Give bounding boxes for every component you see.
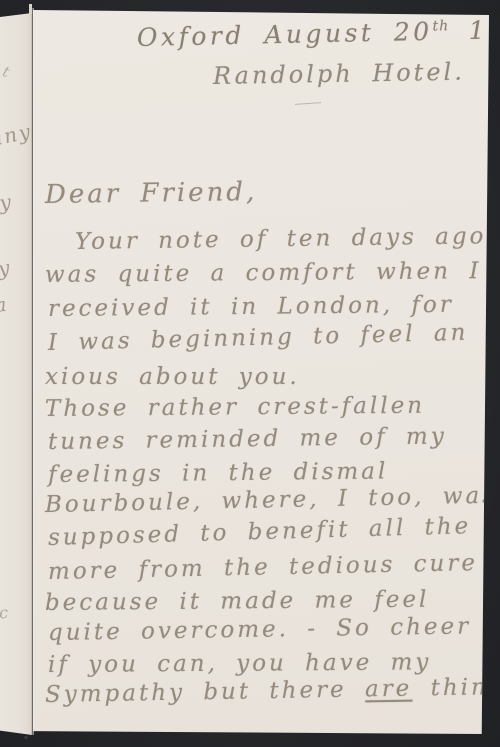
letter-line: Those rather crest-fallen — [45, 393, 425, 422]
letter-line: supposed to benefit all the — [48, 513, 472, 551]
photo-background: t any ry y ia c Oxford August 20th 1894.… — [0, 0, 500, 747]
handwriting-fragment: ry — [0, 189, 14, 216]
letter-line: feelings in the dismal — [48, 458, 389, 488]
year: 1894. — [449, 14, 489, 45]
letter-line: was quite a comfort when I — [45, 258, 482, 288]
letter-line: Bourboule, where, I too, was — [45, 483, 489, 518]
handwriting-fragment: ia — [0, 294, 10, 319]
handwriting-fragment: any — [0, 119, 32, 151]
letter-line: tunes reminded me of my — [48, 423, 447, 455]
adjacent-page-edge: t any ry y ia c — [0, 13, 32, 735]
letter-dateline: Oxford August 20th 1894. — [137, 14, 489, 52]
page-fold-crease — [31, 8, 34, 735]
underlined-word: are — [365, 676, 413, 703]
handwriting-fragment: t — [0, 62, 14, 82]
paper-speck — [24, 736, 28, 739]
letter-line: Sympathy but there are things — [45, 674, 489, 708]
letter-line: more from the tedious cure — [48, 550, 478, 585]
salutation: Dear Friend, — [45, 177, 258, 210]
letter-line: because it made me feel — [45, 587, 430, 616]
date-ordinal-suffix: th — [432, 18, 449, 34]
handwriting-fragment: c — [0, 603, 11, 623]
last-line-prefix: Sympathy but there — [45, 676, 365, 708]
letter-line: quite overcome. - So cheer up — [48, 613, 489, 646]
letter-line: I was beginning to feel an — [48, 320, 469, 356]
letter-line: Your note of ten days ago — [75, 223, 487, 255]
last-line-suffix: things — [412, 674, 489, 702]
letter-line: if you can, you have my — [48, 649, 432, 678]
page-fold-notch — [29, 4, 32, 14]
handwriting-fragment: y — [0, 255, 13, 281]
letter-page: Oxford August 20th 1894. Randolph Hotel.… — [33, 10, 489, 734]
letter-address: Randolph Hotel. — [213, 58, 465, 90]
letter-line: received it in London, for — [48, 292, 454, 322]
letter-line: xious about you. — [45, 364, 300, 390]
place-and-date: Oxford August 20 — [137, 17, 433, 52]
flourish-mark — [295, 102, 321, 105]
